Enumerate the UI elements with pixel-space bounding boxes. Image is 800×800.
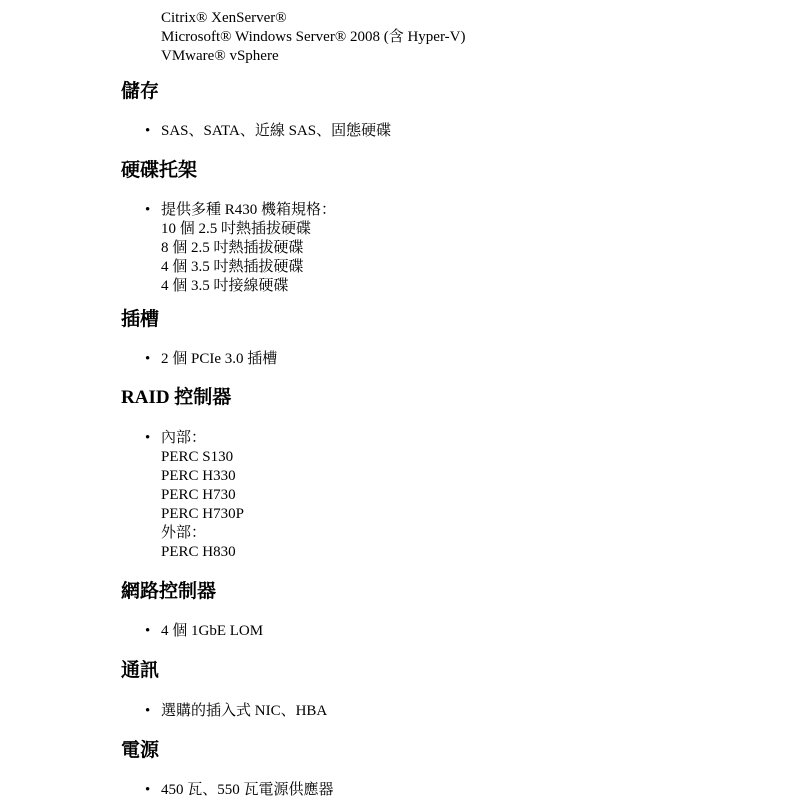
bullet-icon: • xyxy=(145,702,150,721)
power-item: 450 瓦、550 瓦電源供應器 xyxy=(161,781,334,800)
raid-line: PERC S130 xyxy=(161,448,233,467)
heading-drive-bays: 硬碟托架 xyxy=(121,159,197,183)
drive-bays-line: 4 個 3.5 吋熱插拔硬碟 xyxy=(161,258,304,277)
raid-line: PERC H730P xyxy=(161,505,244,524)
drive-bays-line: 4 個 3.5 吋接線硬碟 xyxy=(161,277,289,296)
heading-communications: 通訊 xyxy=(121,659,159,683)
bullet-icon: • xyxy=(145,201,150,220)
drive-bays-line: 提供多種 R430 機箱規格： xyxy=(161,201,336,220)
raid-line: 外部： xyxy=(161,524,206,543)
heading-slots: 插槽 xyxy=(121,308,159,332)
heading-storage: 儲存 xyxy=(121,80,159,104)
bullet-icon: • xyxy=(145,429,150,448)
raid-line: PERC H330 xyxy=(161,467,236,486)
communications-item: 選購的插入式 NIC、HBA xyxy=(161,702,327,721)
raid-line: PERC H730 xyxy=(161,486,236,505)
heading-power: 電源 xyxy=(121,739,159,763)
storage-item: SAS、SATA、近線 SAS、固態硬碟 xyxy=(161,122,391,141)
heading-network-controller: 網路控制器 xyxy=(121,580,216,604)
slots-item: 2 個 PCIe 3.0 插槽 xyxy=(161,350,277,369)
bullet-icon: • xyxy=(145,622,150,641)
bullet-icon: • xyxy=(145,350,150,369)
bullet-icon: • xyxy=(145,122,150,141)
raid-line: PERC H830 xyxy=(161,543,236,562)
os-line-windows: Microsoft® Windows Server® 2008 (含 Hyper… xyxy=(161,28,465,47)
os-line-citrix: Citrix® XenServer® xyxy=(161,9,287,28)
raid-line: 內部： xyxy=(161,429,206,448)
heading-raid-controller: RAID 控制器 xyxy=(121,386,231,410)
drive-bays-line: 8 個 2.5 吋熱插拔硬碟 xyxy=(161,239,304,258)
bullet-icon: • xyxy=(145,781,150,800)
os-line-vmware: VMware® vSphere xyxy=(161,47,279,66)
drive-bays-line: 10 個 2.5 吋熱插拔硬碟 xyxy=(161,220,311,239)
network-item: 4 個 1GbE LOM xyxy=(161,622,263,641)
